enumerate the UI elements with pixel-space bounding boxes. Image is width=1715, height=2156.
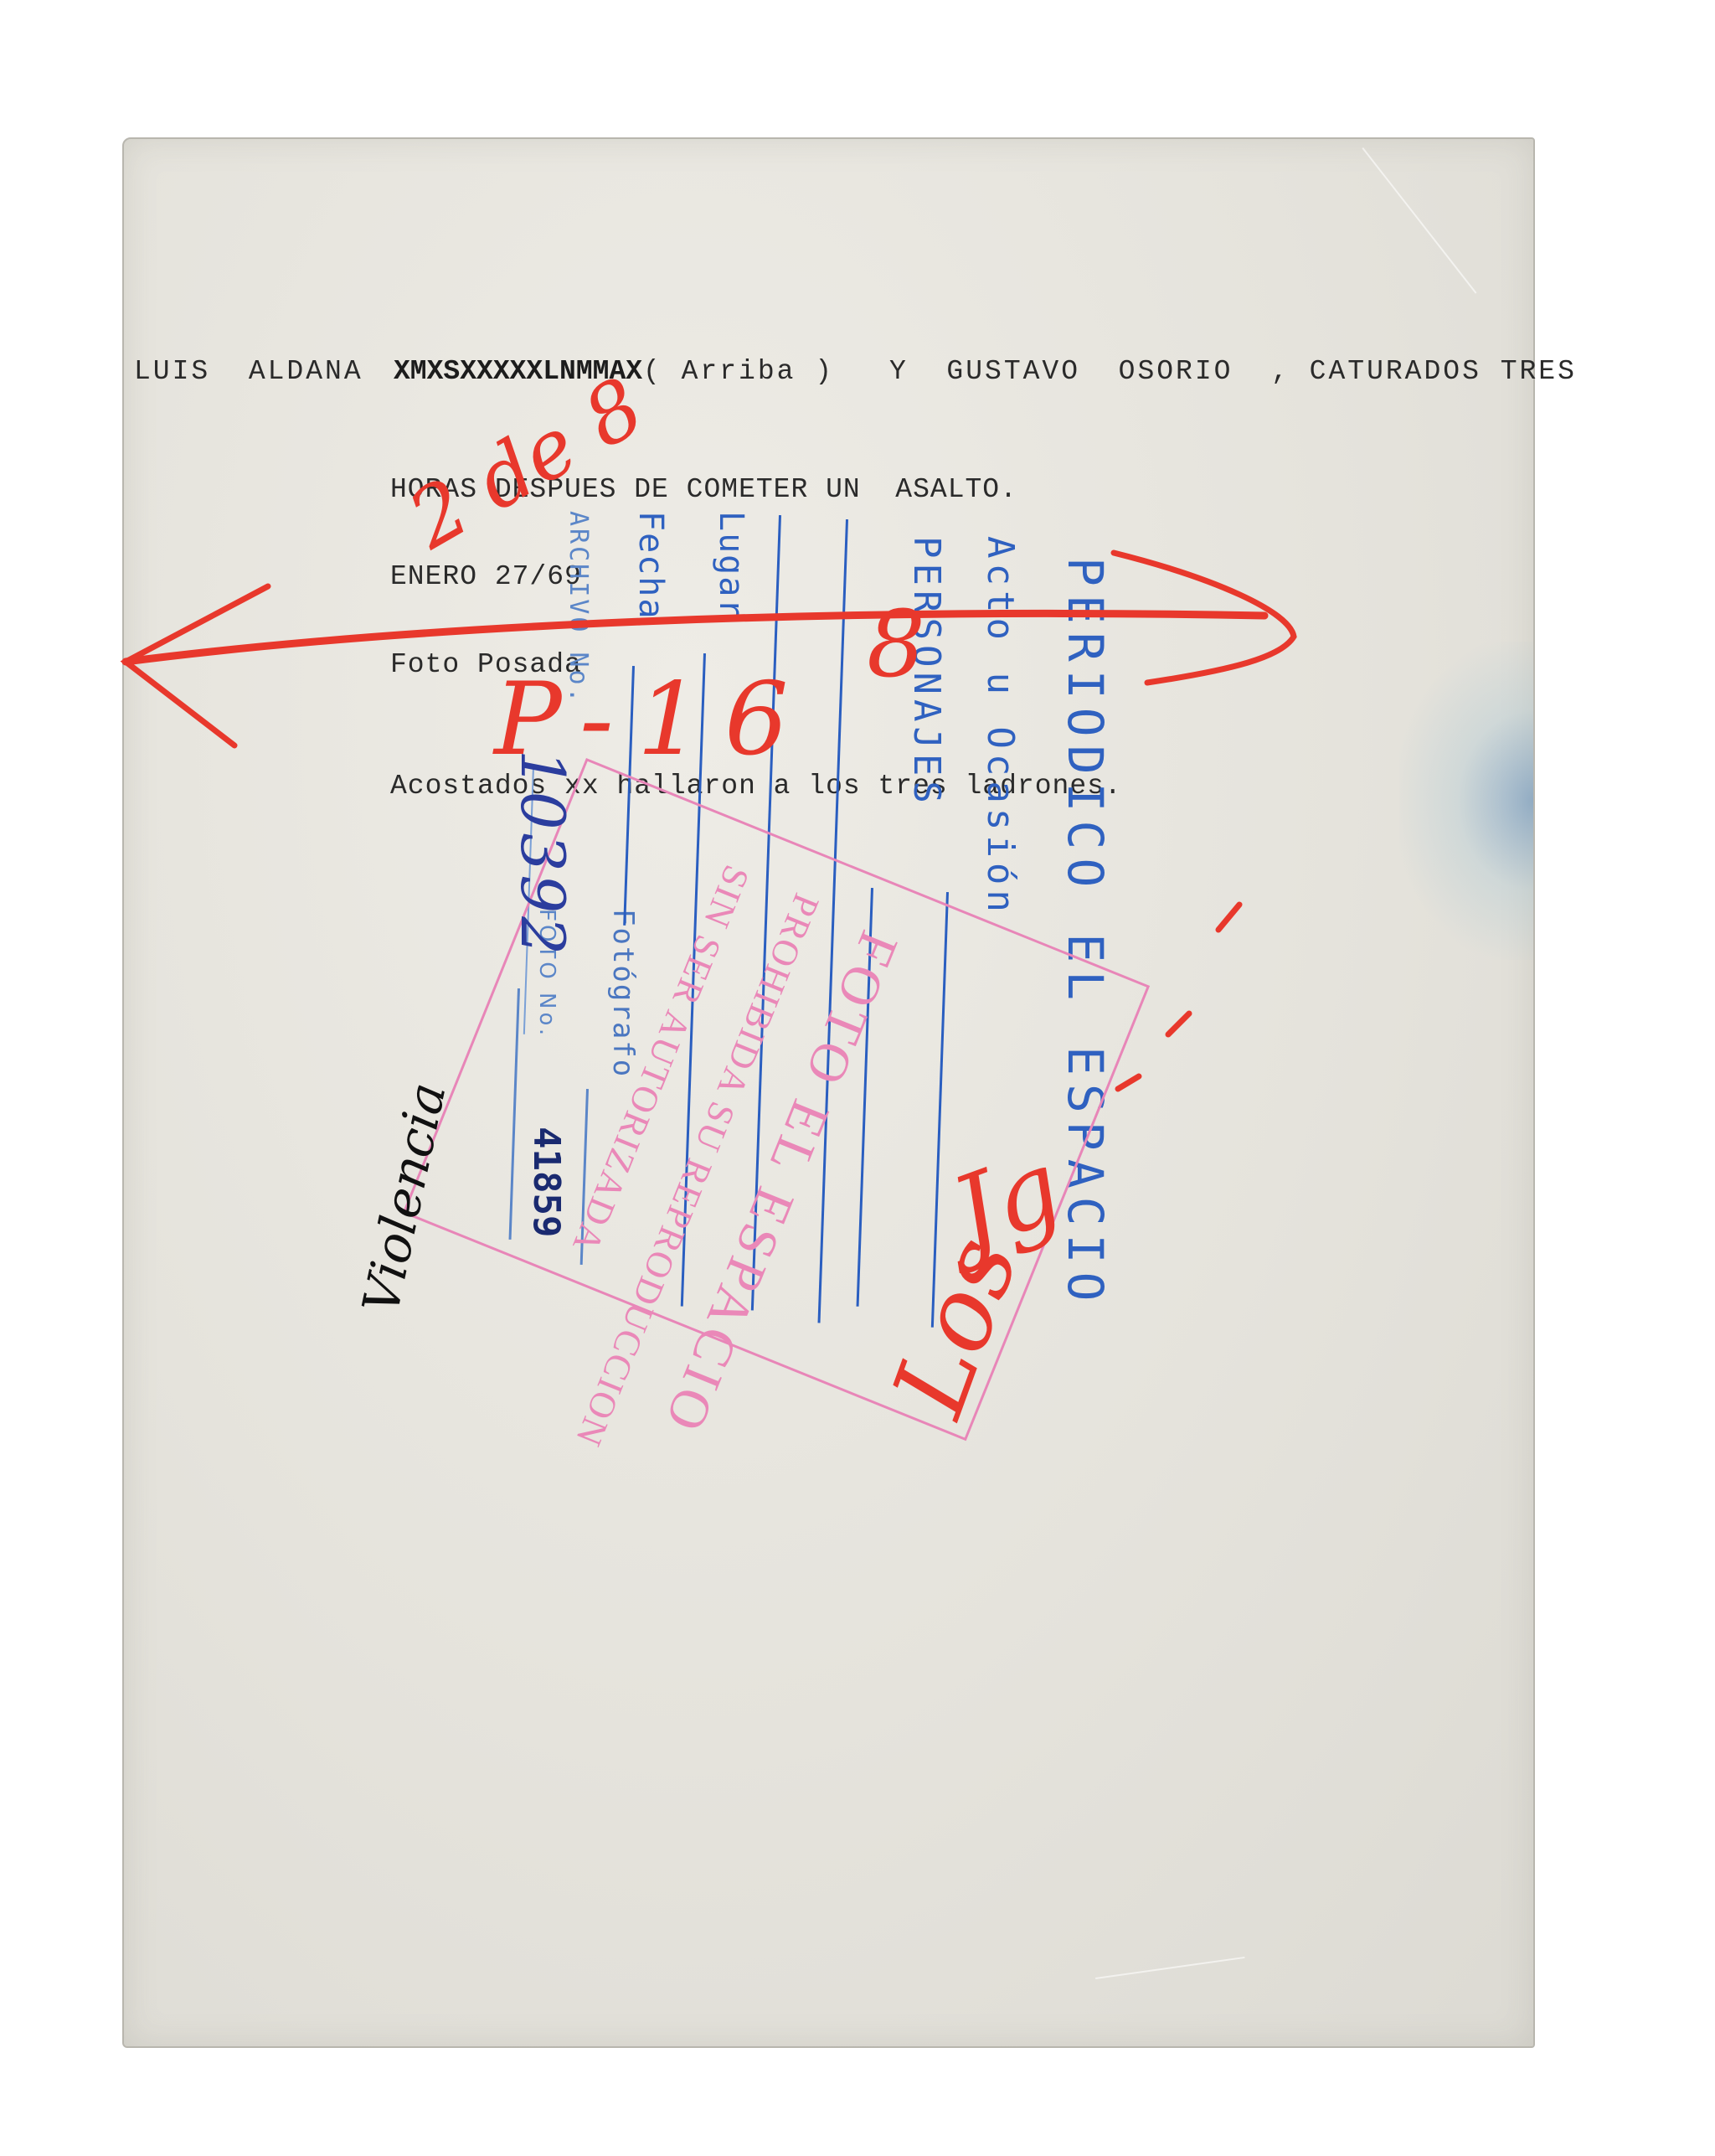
red-dash xyxy=(1168,1014,1189,1034)
double-arrow-shaft xyxy=(126,613,1264,662)
red-dash xyxy=(1218,905,1239,930)
red-dash xyxy=(1118,1076,1139,1089)
arrow-head-left xyxy=(126,586,268,745)
red-crayon-marks xyxy=(0,0,1715,2156)
